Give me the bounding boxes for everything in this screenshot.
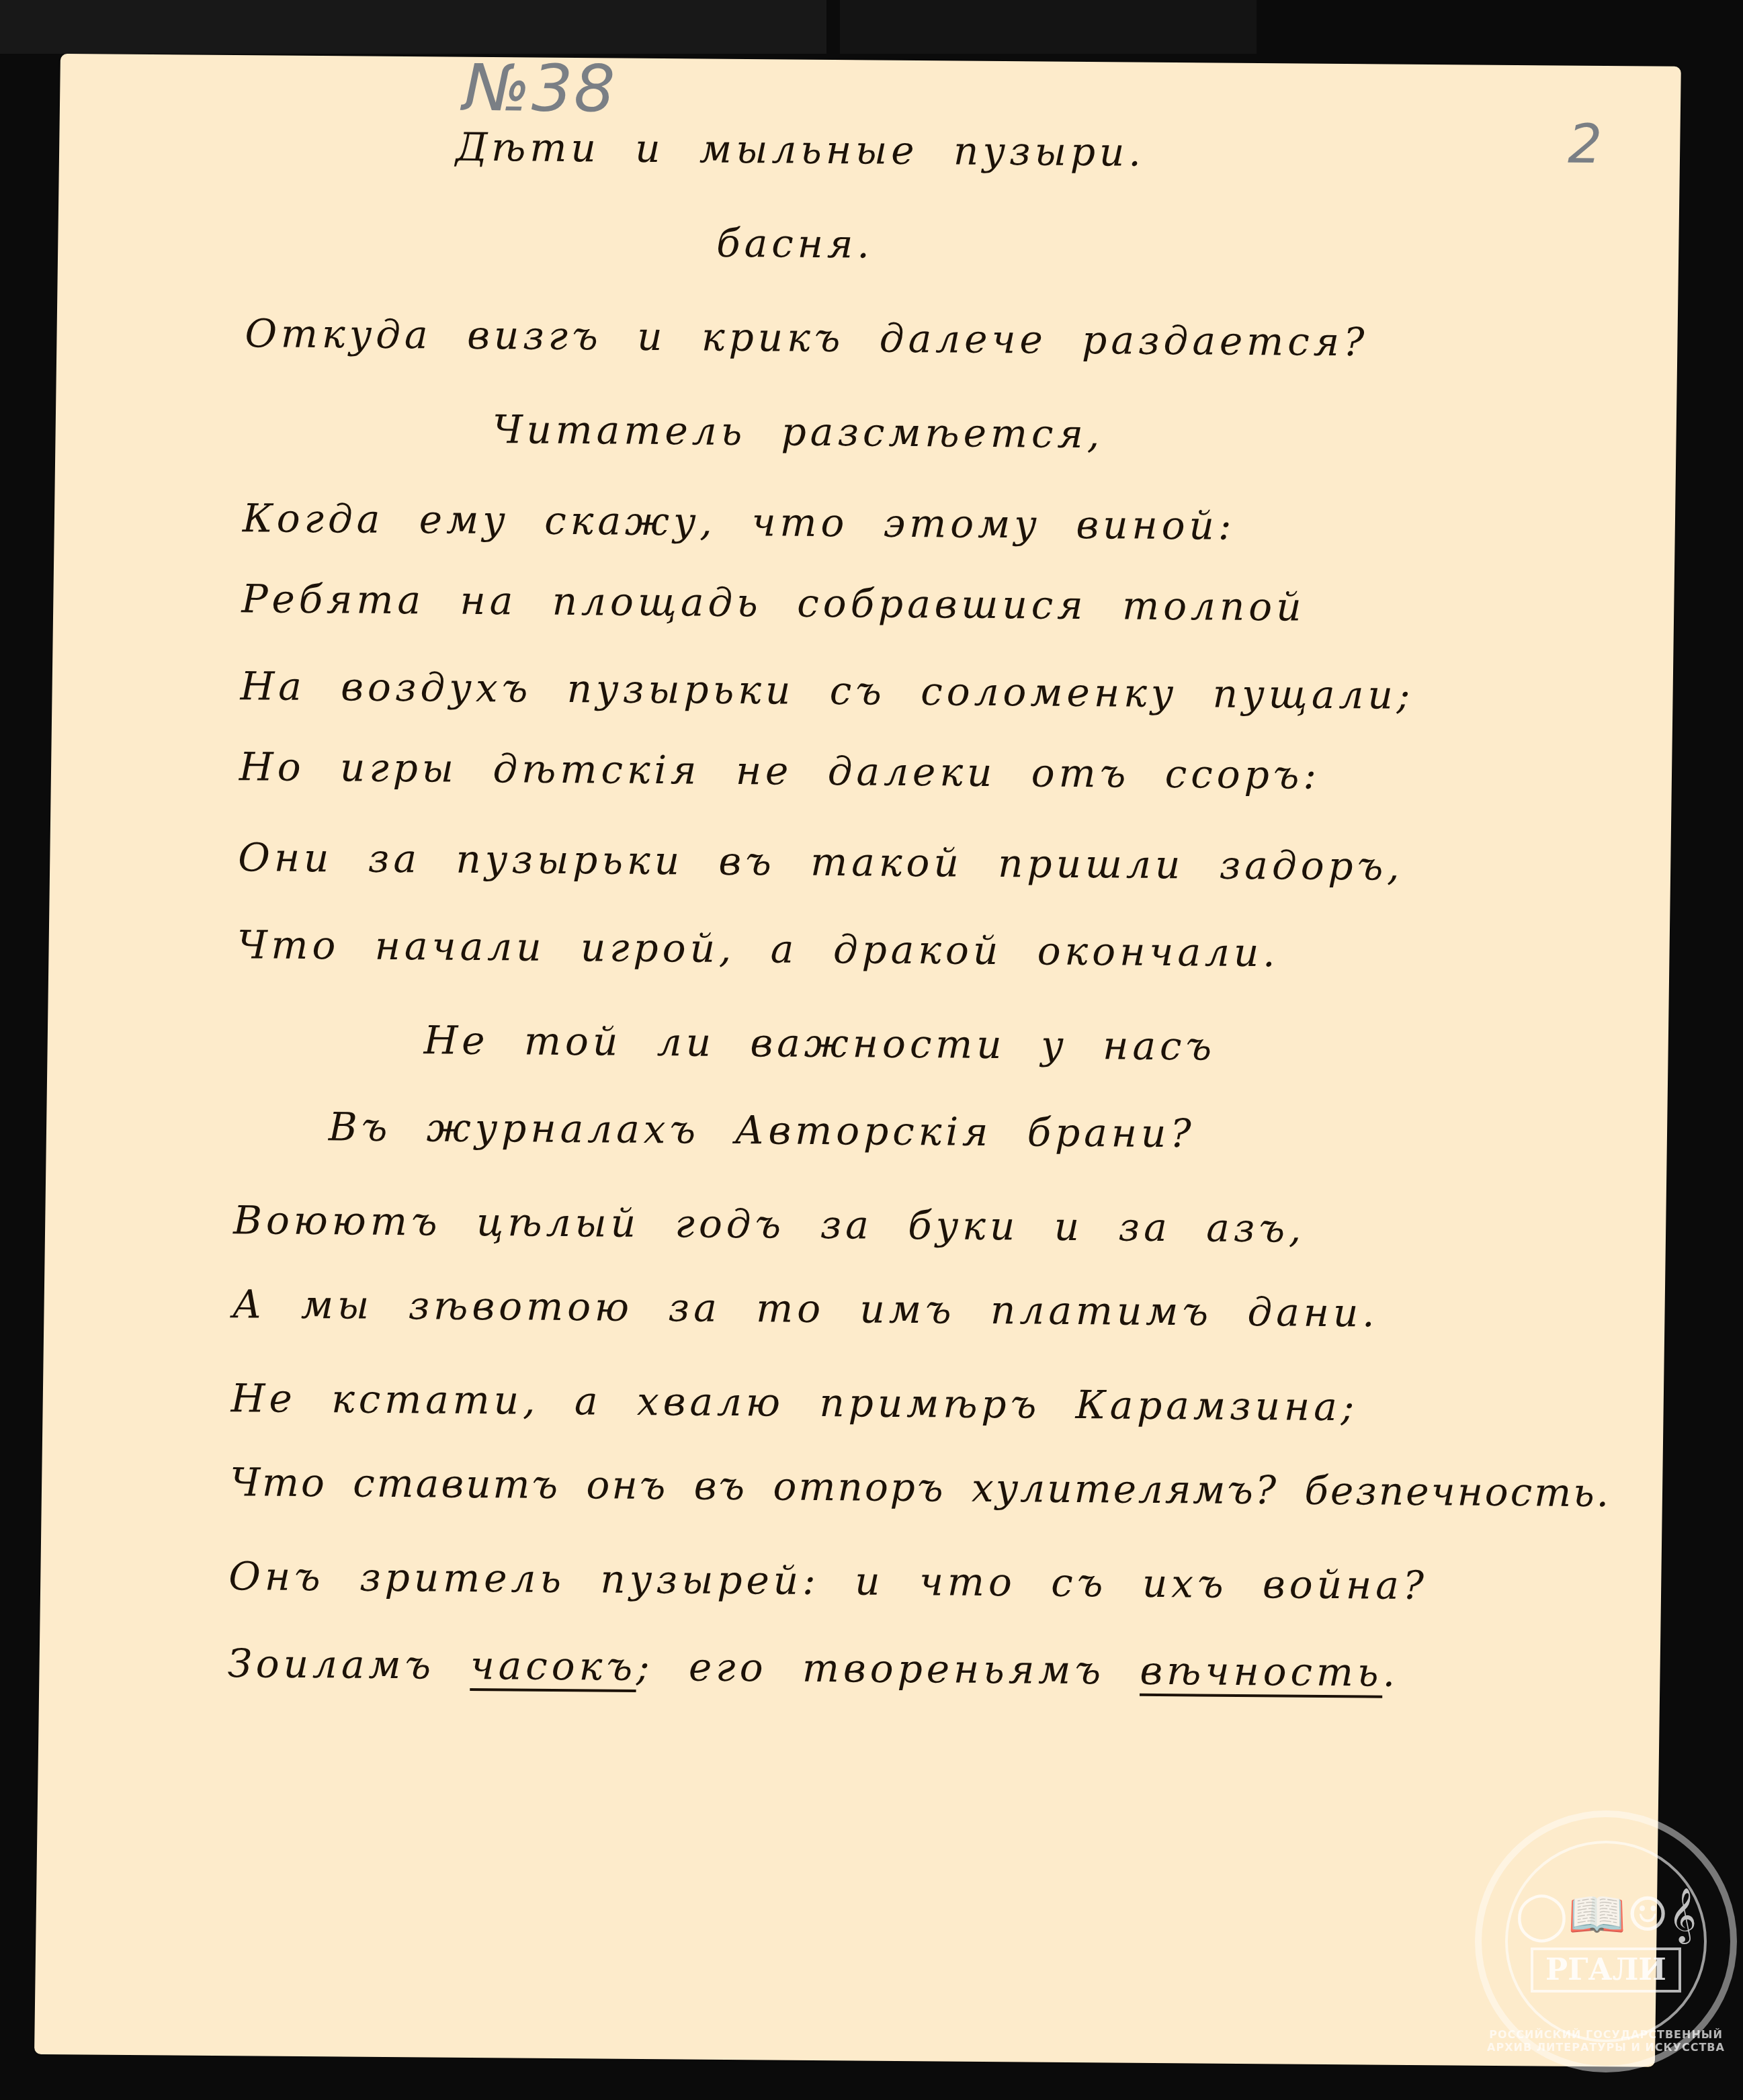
stamp-inner-ring: ◯📖☺𝄞 РГАЛИ <box>1505 1841 1707 2042</box>
page-number: 2 <box>1568 113 1607 175</box>
verse-line: Что ставитъ онъ въ отпоръ хулителямъ? бе… <box>230 1459 1611 1516</box>
final-line-part: Зоиламъ <box>227 1640 470 1688</box>
stamp-emblem: ◯📖☺𝄞 <box>1515 1891 1697 1938</box>
verse-line: Не кстати, а хвалю примѣръ Карамзина; <box>230 1375 1358 1430</box>
scanner-background-strip <box>840 0 1257 54</box>
verse-line: Ребята на площадь собравшися толпой <box>241 576 1306 629</box>
verse-line-final: Зоиламъ часокъ; его твореньямъ вѣчность. <box>227 1640 1399 1696</box>
verse-line: Воюютъ цѣлый годъ за буки и за азъ, <box>233 1197 1306 1252</box>
stamp-label: РГАЛИ <box>1531 1948 1681 1993</box>
final-line-part: . <box>1382 1650 1399 1696</box>
archive-watermark-stamp: ◯📖☺𝄞 РГАЛИ РОССИЙСКИЙ ГОСУДАРСТВЕННЫЙ АР… <box>1475 1810 1737 2072</box>
theater-mask-icon: ☺ <box>1627 1887 1669 1942</box>
stamp-ring-text: РОССИЙСКИЙ ГОСУДАРСТВЕННЫЙ АРХИВ ЛИТЕРАТ… <box>1482 2028 1730 2054</box>
verse-line: Въ журналахъ Авторскія брани? <box>329 1104 1195 1156</box>
fable-title: Дѣти и мыльные пузыри. <box>456 124 1146 175</box>
verse-line: Не той ли важности у насъ <box>423 1017 1216 1069</box>
verse-line: На воздухъ пузырьки съ соломенку пущали; <box>240 663 1414 718</box>
archive-number: №38 <box>463 50 617 127</box>
scanner-background-strip <box>0 0 826 54</box>
manuscript-page: №38 2 Дѣти и мыльные пузыри. басня. Отку… <box>34 54 1681 2067</box>
verse-line: Они за пузырьки въ такой пришли задоръ, <box>238 834 1404 889</box>
treble-clef-icon: 𝄞 <box>1668 1887 1696 1942</box>
palette-icon: ◯ <box>1515 1887 1568 1942</box>
verse-line: Онъ зритель пузырей: и что съ ихъ война? <box>228 1553 1429 1608</box>
verse-line: Читатель разсмѣется, <box>492 406 1104 457</box>
verse-line: А мы зѣвотою за то имъ платимъ дани. <box>232 1281 1379 1336</box>
verse-line: Когда ему скажу, что этому виной: <box>243 495 1236 549</box>
final-line-part: ; его твореньямъ <box>636 1644 1140 1694</box>
underlined-word-vechnost: вѣчность <box>1140 1648 1383 1696</box>
book-icon: 📖 <box>1568 1887 1627 1942</box>
underlined-word-chasok: часокъ <box>470 1643 636 1690</box>
verse-line: Откуда визгъ и крикъ далече раздается? <box>245 310 1369 365</box>
verse-line: Что начали игрой, а дракой окончали. <box>237 922 1279 975</box>
verse-line: Но игры дѣтскія не далеки отъ ссоръ: <box>239 744 1321 798</box>
fable-genre-subtitle: басня. <box>716 220 874 267</box>
